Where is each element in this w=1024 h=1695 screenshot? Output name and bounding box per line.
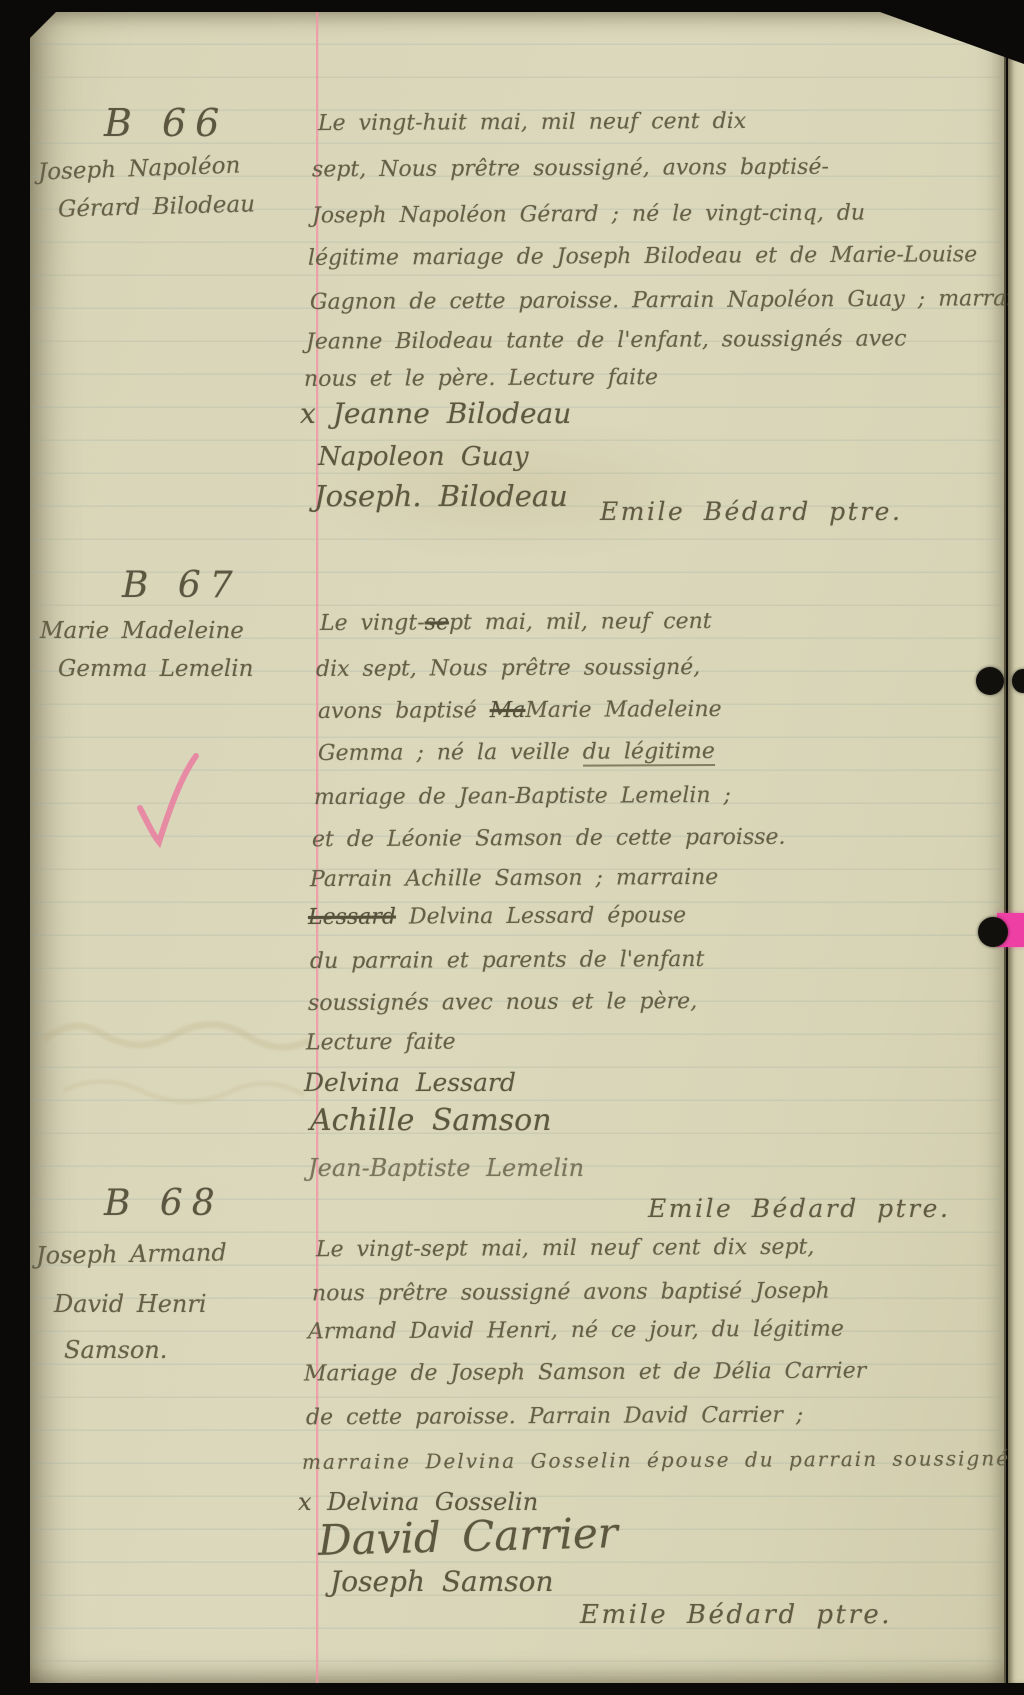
punch-hole xyxy=(976,667,1004,695)
record-line: dix sept, Nous prêtre soussigné, xyxy=(316,657,700,681)
margin-name: David Henri xyxy=(54,1292,207,1316)
record-line: Gemma ; né la veille du légitime xyxy=(318,741,715,765)
record-line: marraine Delvina Gosselin épouse du parr… xyxy=(302,1448,1022,1472)
record-line: Gagnon de cette paroisse. Parrain Napolé… xyxy=(310,288,1024,314)
margin-name: Joseph Armand xyxy=(36,1240,227,1267)
signature: Joseph. Bilodeau xyxy=(314,482,568,511)
signature: Delvina Lessard xyxy=(304,1070,516,1095)
signature: David Carrier xyxy=(318,1512,619,1562)
checkmark-icon xyxy=(128,752,200,848)
officiant-signature: Emile Bédard ptre. xyxy=(580,1602,892,1628)
underlined-text: du légitime xyxy=(583,739,715,767)
signature: Joseph Samson xyxy=(330,1568,554,1596)
record-line: Jeanne Bilodeau tante de l'enfant, souss… xyxy=(306,328,907,353)
margin-name: Gemma Lemelin xyxy=(58,658,253,681)
scanned-register-page: B 66 Joseph Napoléon Gérard Bilodeau Le … xyxy=(0,0,1024,1695)
adjacent-page-edge xyxy=(1008,58,1024,1683)
record-line: légitime mariage de Joseph Bilodeau et d… xyxy=(308,244,977,270)
record-text: Delvina Lessard épouse xyxy=(396,903,686,930)
record-line: mariage de Jean-Baptiste Lemelin ; xyxy=(314,785,731,809)
record-text: Le vingt- xyxy=(320,610,425,636)
officiant-signature: Emile Bédard ptre. xyxy=(600,499,902,524)
entry-number: B 67 xyxy=(122,568,242,604)
margin-name: Gérard Bilodeau xyxy=(58,193,256,221)
record-line: Le vingt-huit mai, mil neuf cent dix xyxy=(318,111,746,135)
record-line: Mariage de Joseph Samson et de Délia Car… xyxy=(304,1361,866,1386)
entry-number: B 68 xyxy=(104,1186,224,1222)
record-line: Lecture faite xyxy=(306,1032,456,1055)
scan-background-edge xyxy=(0,1683,1024,1695)
record-text: Gemma ; né la veille xyxy=(318,740,583,766)
record-text: avons baptisé xyxy=(318,698,490,724)
record-text: Marie Madeleine xyxy=(525,697,721,723)
record-line: Joseph Napoléon Gérard ; né le vingt-cin… xyxy=(312,203,865,228)
record-text: pt mai, mil, neuf cent xyxy=(449,609,712,635)
record-line: de cette paroisse. Parrain David Carrier… xyxy=(306,1405,803,1430)
record-line: Armand David Henri, né ce jour, du légit… xyxy=(308,1319,844,1344)
record-line: Le vingt-sept mai, mil neuf cent dix sep… xyxy=(316,1237,814,1262)
record-line: Le vingt-sept mai, mil, neuf cent xyxy=(320,611,712,635)
signature: Achille Samson xyxy=(310,1106,552,1136)
entry-number: B 66 xyxy=(104,104,228,142)
officiant-signature: Emile Bédard ptre. xyxy=(648,1196,950,1221)
margin-name: Marie Madeleine xyxy=(40,620,244,643)
record-line: du parrain et parents de l'enfant xyxy=(310,949,704,973)
signature: Jean-Baptiste Lemelin xyxy=(308,1156,584,1180)
record-line: soussignés avec nous et le père, xyxy=(308,991,697,1015)
margin-name: Samson. xyxy=(64,1338,167,1362)
crossed-out-text: Lessard xyxy=(308,905,396,930)
signature: Napoleon Guay xyxy=(318,444,529,470)
record-line: nous et le père. Lecture faite xyxy=(304,367,658,391)
signature: x Jeanne Bilodeau xyxy=(300,400,571,428)
record-line: nous prêtre soussigné avons baptisé Jose… xyxy=(312,1281,830,1306)
ink-bleed-through xyxy=(34,980,324,1140)
record-line: avons baptisé MaMarie Madeleine xyxy=(318,699,722,723)
crossed-out-text: se xyxy=(425,610,449,635)
record-line: Parrain Achille Samson ; marraine xyxy=(310,867,718,891)
record-line: et de Léonie Samson de cette paroisse. xyxy=(312,827,786,851)
punch-hole xyxy=(978,917,1008,947)
record-line: sept, Nous prêtre soussigné, avons bapti… xyxy=(312,157,829,182)
crossed-out-text: Ma xyxy=(490,698,526,723)
record-line: Lessard Delvina Lessard épouse xyxy=(308,905,686,929)
